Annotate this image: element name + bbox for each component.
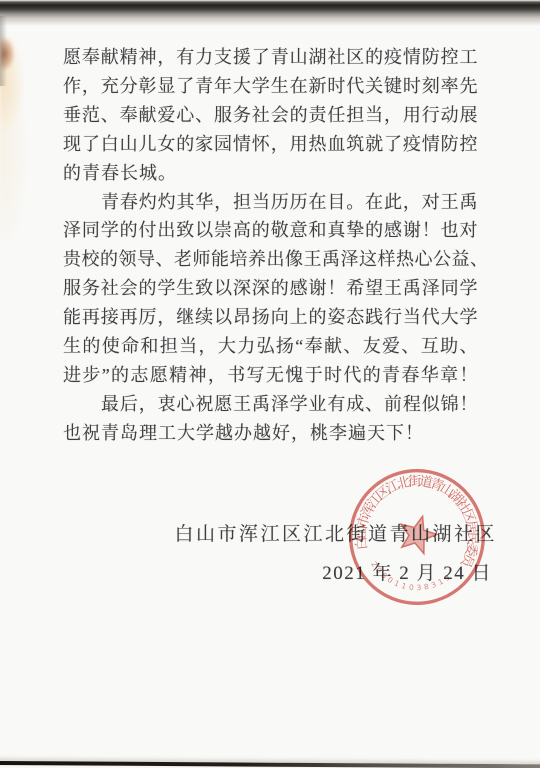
signature-organization: 白山市浑江区江北街道青山湖社区 [174,519,497,546]
letter-line: 服务社会的学生致以深深的感谢！希望王禹泽同学 [63,274,478,303]
letter-line: 现了白山儿女的家园情怀，用热血筑就了疫情防控 [63,130,478,159]
letter-line: 也祝青岛理工大学越办越好，桃李遍天下！ [63,419,478,448]
scanner-edge-bottom [0,761,540,768]
letter-line: 能再接再厉，继续以昂扬向上的姿态践行当代大学 [63,303,478,332]
letter-line: 生的使命和担当，大力弘扬“奉献、友爱、互助、 [63,332,478,361]
letter-body: 愿奉献精神，有力支援了青山湖社区的疫情防控工作，充分彰显了青年大学生在新时代关键… [63,43,478,448]
seal-ring-text-container: 白山市浑江区江北街道青山湖社区居民委员会 [338,460,489,572]
scanner-edge-top [0,0,540,26]
letter-line: 垂范、奉献爱心、服务社会的责任担当，用行动展 [63,101,478,130]
scanner-edge-left [0,16,7,86]
letter-line: 的青春长城。 [63,159,478,188]
letter-line: 青春灼灼其华，担当历历在目。在此，对王禹 [63,188,478,217]
letter-line: 愿奉献精神，有力支援了青山湖社区的疫情防控工 [63,43,478,72]
letter-line: 作，充分彰显了青年大学生在新时代关键时刻率先 [63,72,478,101]
letter-line: 进步”的志愿精神，书写无愧于时代的青春华章！ [63,361,478,390]
letter-line: 最后，衷心祝愿王禹泽学业有成、前程似锦！ [63,390,478,419]
letter-line: 泽同学的付出致以崇高的敬意和真挚的感谢！也对 [63,216,478,245]
scanned-letter-page: 愿奉献精神，有力支援了青山湖社区的疫情防控工作，充分彰显了青年大学生在新时代关键… [0,0,540,768]
letter-line: 贵校的领导、老师能培养出像王禹泽这样热心公益、 [63,245,478,274]
signature-date: 2021 年 2 月 24 日 [322,558,492,585]
seal-ring-text: 白山市浑江区江北街道青山湖社区居民委员会 [338,460,489,572]
finger-smudge [0,26,52,241]
